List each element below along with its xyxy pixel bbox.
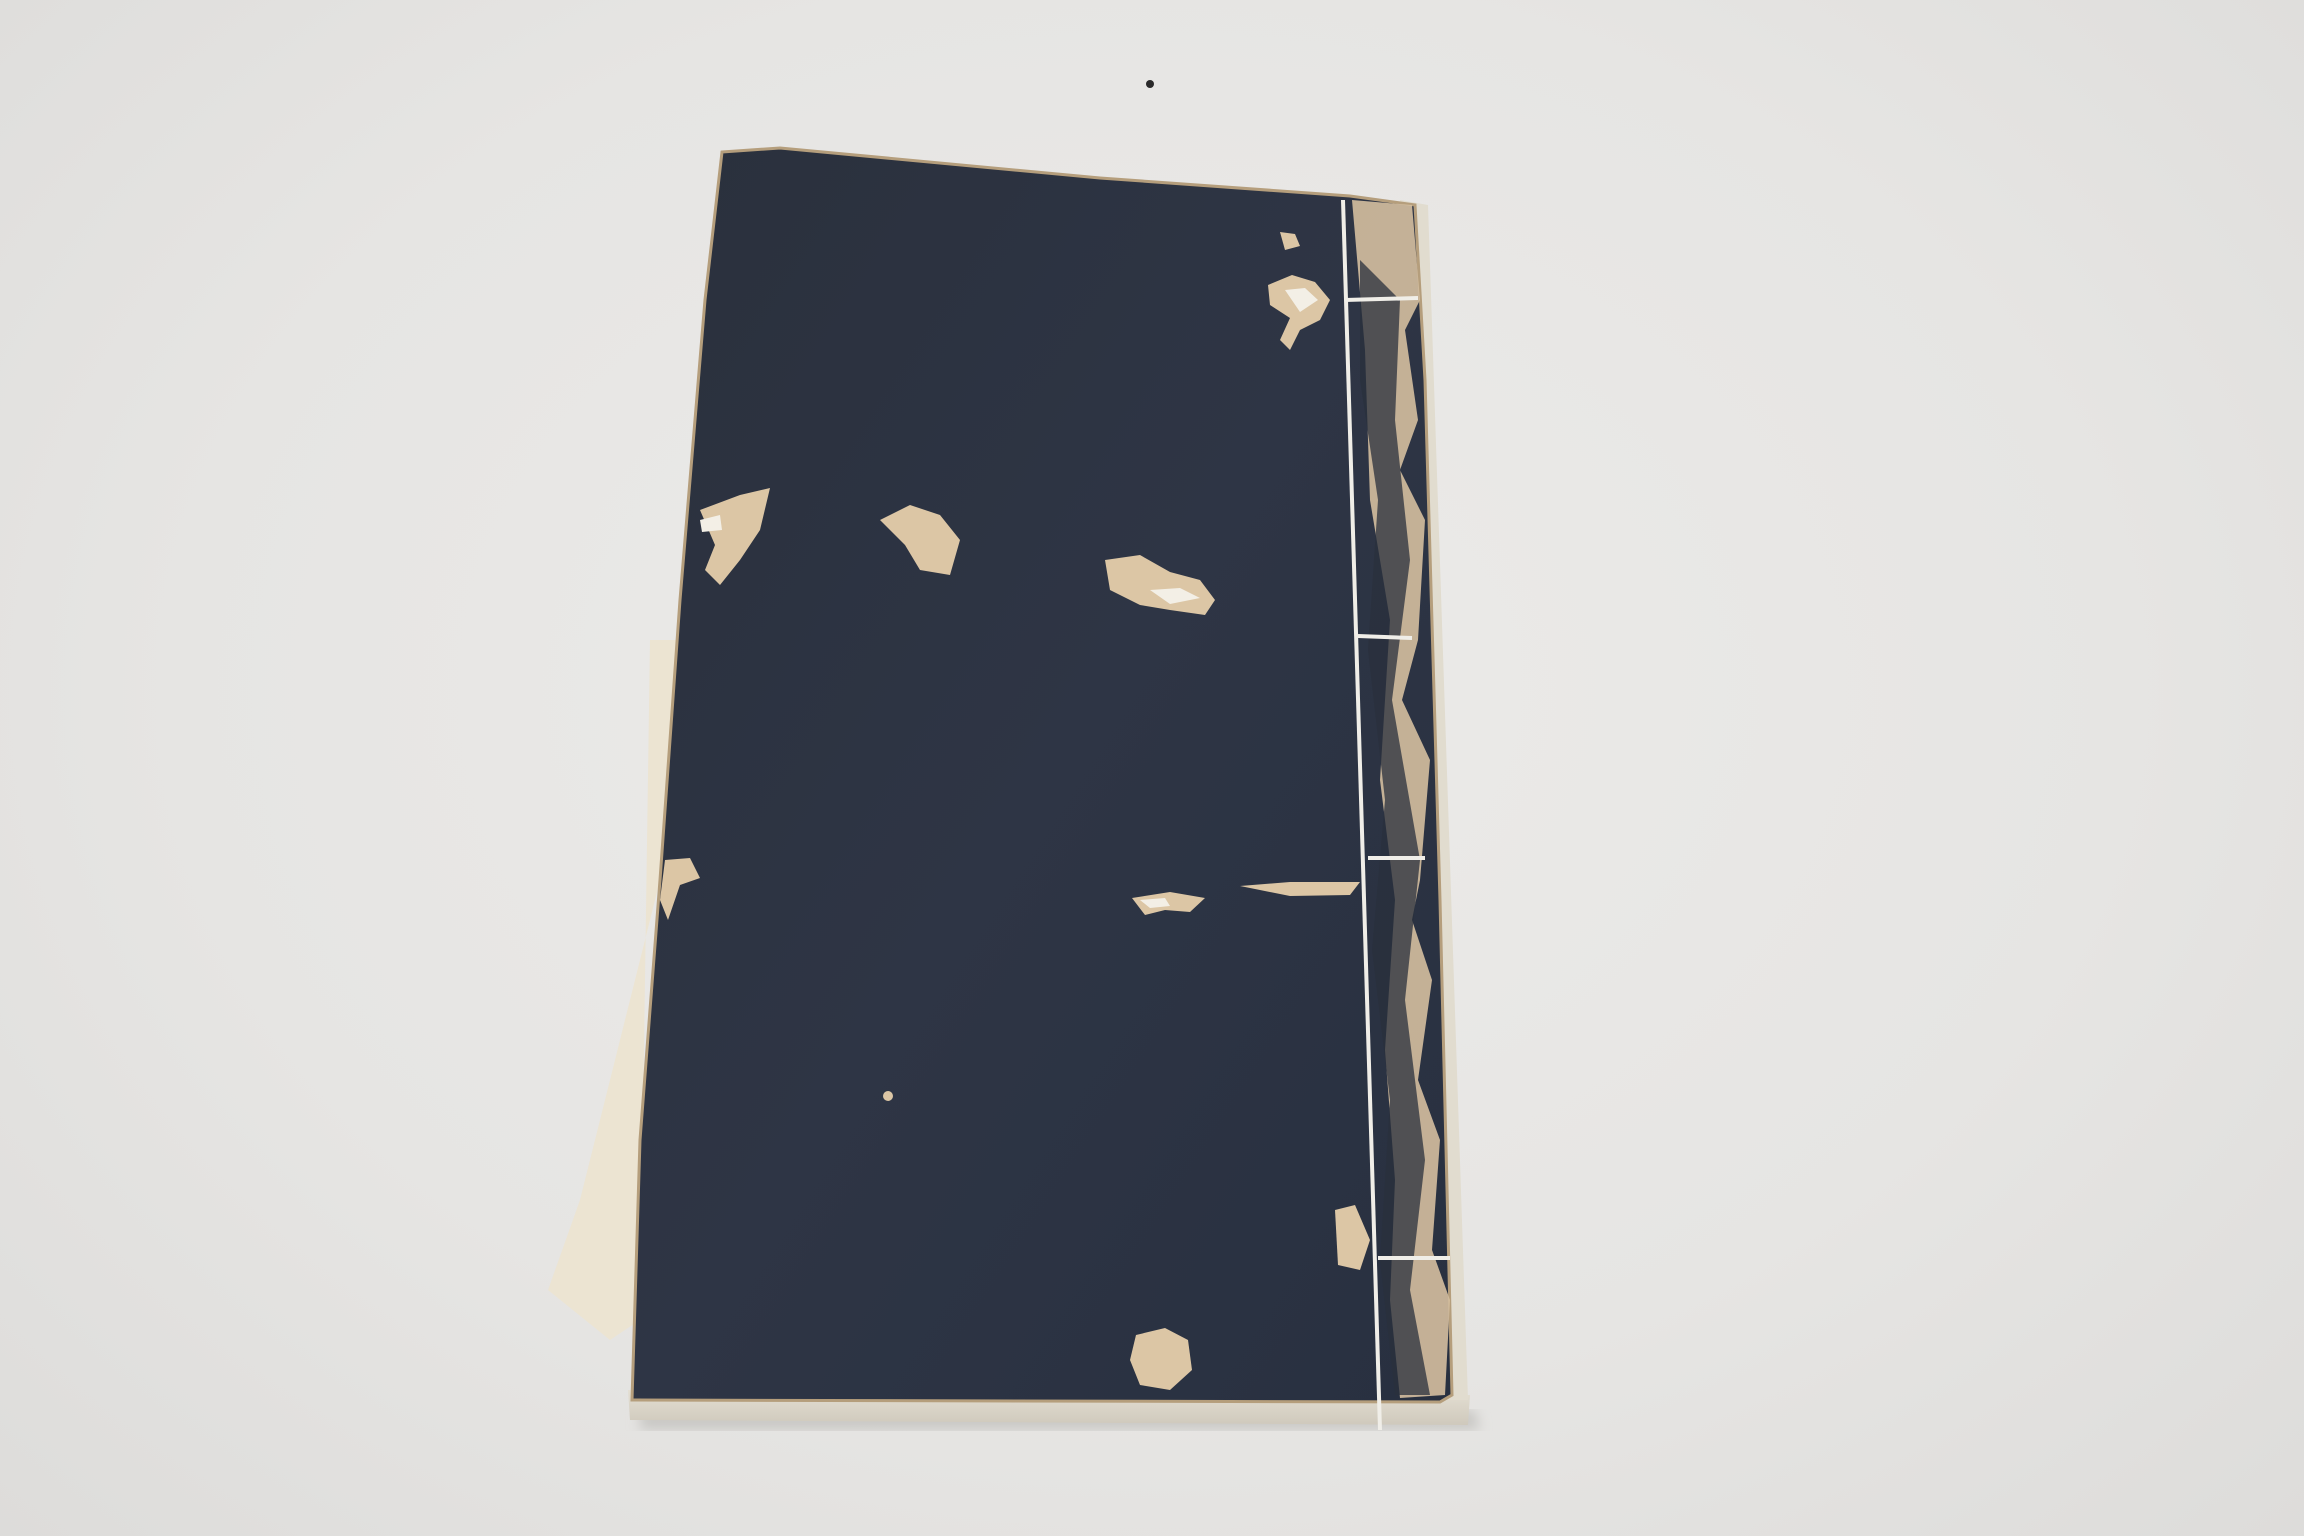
book-illustration	[0, 0, 2304, 1536]
photo-scene	[0, 0, 2304, 1536]
book-cover	[632, 148, 1452, 1402]
dust-speck	[1146, 80, 1154, 88]
